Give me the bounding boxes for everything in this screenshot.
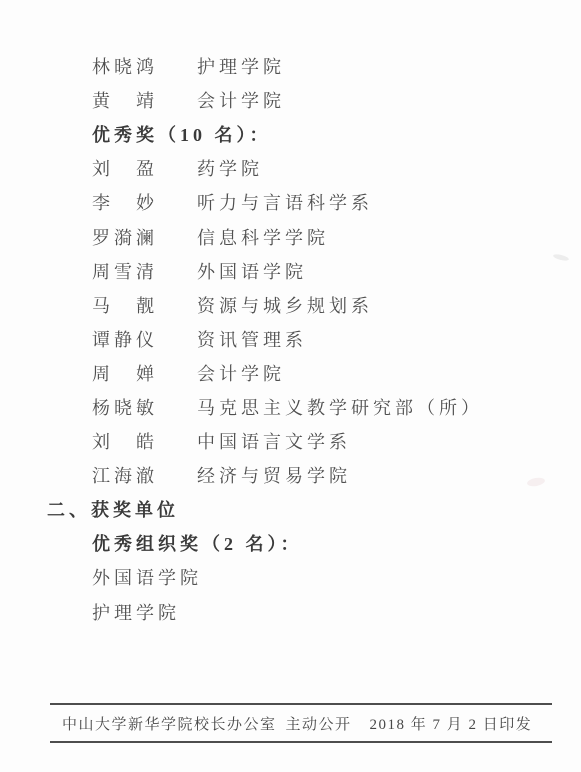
award-category-heading-row: 优秀奖（10 名）： [92,117,571,151]
disclosure-type: 主动公开 [286,713,352,734]
winner-department: 会计学院 [197,87,285,113]
winner-name: 刘 皓 [92,428,197,454]
winner-name: 杨晓敏 [92,394,197,420]
winner-name: 李 妙 [92,189,197,215]
winner-name: 周 婵 [92,360,197,386]
winner-name: 谭静仪 [92,326,197,352]
award-winner-row: 林晓鸿 护理学院 [92,49,571,83]
winner-name: 林晓鸿 [92,53,197,79]
print-date: 2018 年 7 月 2 日印发 [370,713,533,734]
winner-department: 外国语学院 [197,258,307,284]
award-winner-row: 马 靓 资源与城乡规划系 [92,288,571,322]
award-winner-row: 李 妙 听力与言语科学系 [92,185,571,219]
document-footer: 中山大学新华学院校长办公室 主动公开 2018 年 7 月 2 日印发 [50,703,552,743]
award-category-heading: 优秀组织奖（2 名）： [92,530,303,556]
award-winner-row: 谭静仪 资讯管理系 [92,322,571,356]
winner-department: 会计学院 [197,360,285,386]
winner-name: 黄 靖 [92,87,197,113]
awarded-unit-name: 护理学院 [92,599,180,625]
winner-name: 刘 盈 [92,155,197,181]
winner-name: 江海澈 [92,462,197,488]
winner-department: 资源与城乡规划系 [197,292,373,318]
winner-department: 听力与言语科学系 [197,189,373,215]
winner-department: 经济与贸易学院 [197,462,351,488]
award-winner-row: 罗漪澜 信息科学学院 [92,219,571,253]
scanned-document-page: 林晓鸿 护理学院 黄 靖 会计学院 优秀奖（10 名）： 刘 盈 药学院 李 妙… [0,0,581,772]
section-heading-row: 二、获奖单位 [47,492,571,526]
winner-name: 罗漪澜 [92,224,197,250]
awarded-unit-row: 外国语学院 [92,560,571,594]
winner-department: 中国语言文学系 [197,428,351,454]
award-winner-row: 刘 盈 药学院 [92,151,571,185]
award-winner-row: 杨晓敏 马克思主义教学研究部（所） [92,390,571,424]
award-winner-row: 黄 靖 会计学院 [92,83,571,117]
winner-name: 周雪清 [92,258,197,284]
winner-department: 马克思主义教学研究部（所） [197,394,483,420]
winner-department: 护理学院 [197,53,285,79]
award-winner-row: 周雪清 外国语学院 [92,254,571,288]
winner-department: 资讯管理系 [197,326,307,352]
award-category-heading: 优秀奖（10 名）： [92,121,272,147]
winner-name: 马 靓 [92,292,197,318]
issuing-office: 中山大学新华学院校长办公室 [62,713,277,734]
winner-department: 药学院 [197,155,263,181]
award-winner-row: 江海澈 经济与贸易学院 [92,458,571,492]
award-winner-row: 刘 皓 中国语言文学系 [92,424,571,458]
awarded-unit-row: 护理学院 [92,595,571,629]
awarded-unit-name: 外国语学院 [92,564,202,590]
winner-department: 信息科学学院 [197,224,329,250]
award-winner-row: 周 婵 会计学院 [92,356,571,390]
award-list: 林晓鸿 护理学院 黄 靖 会计学院 优秀奖（10 名）： 刘 盈 药学院 李 妙… [92,49,571,629]
section-heading: 二、获奖单位 [47,496,179,522]
award-category-heading-row: 优秀组织奖（2 名）： [92,526,571,560]
